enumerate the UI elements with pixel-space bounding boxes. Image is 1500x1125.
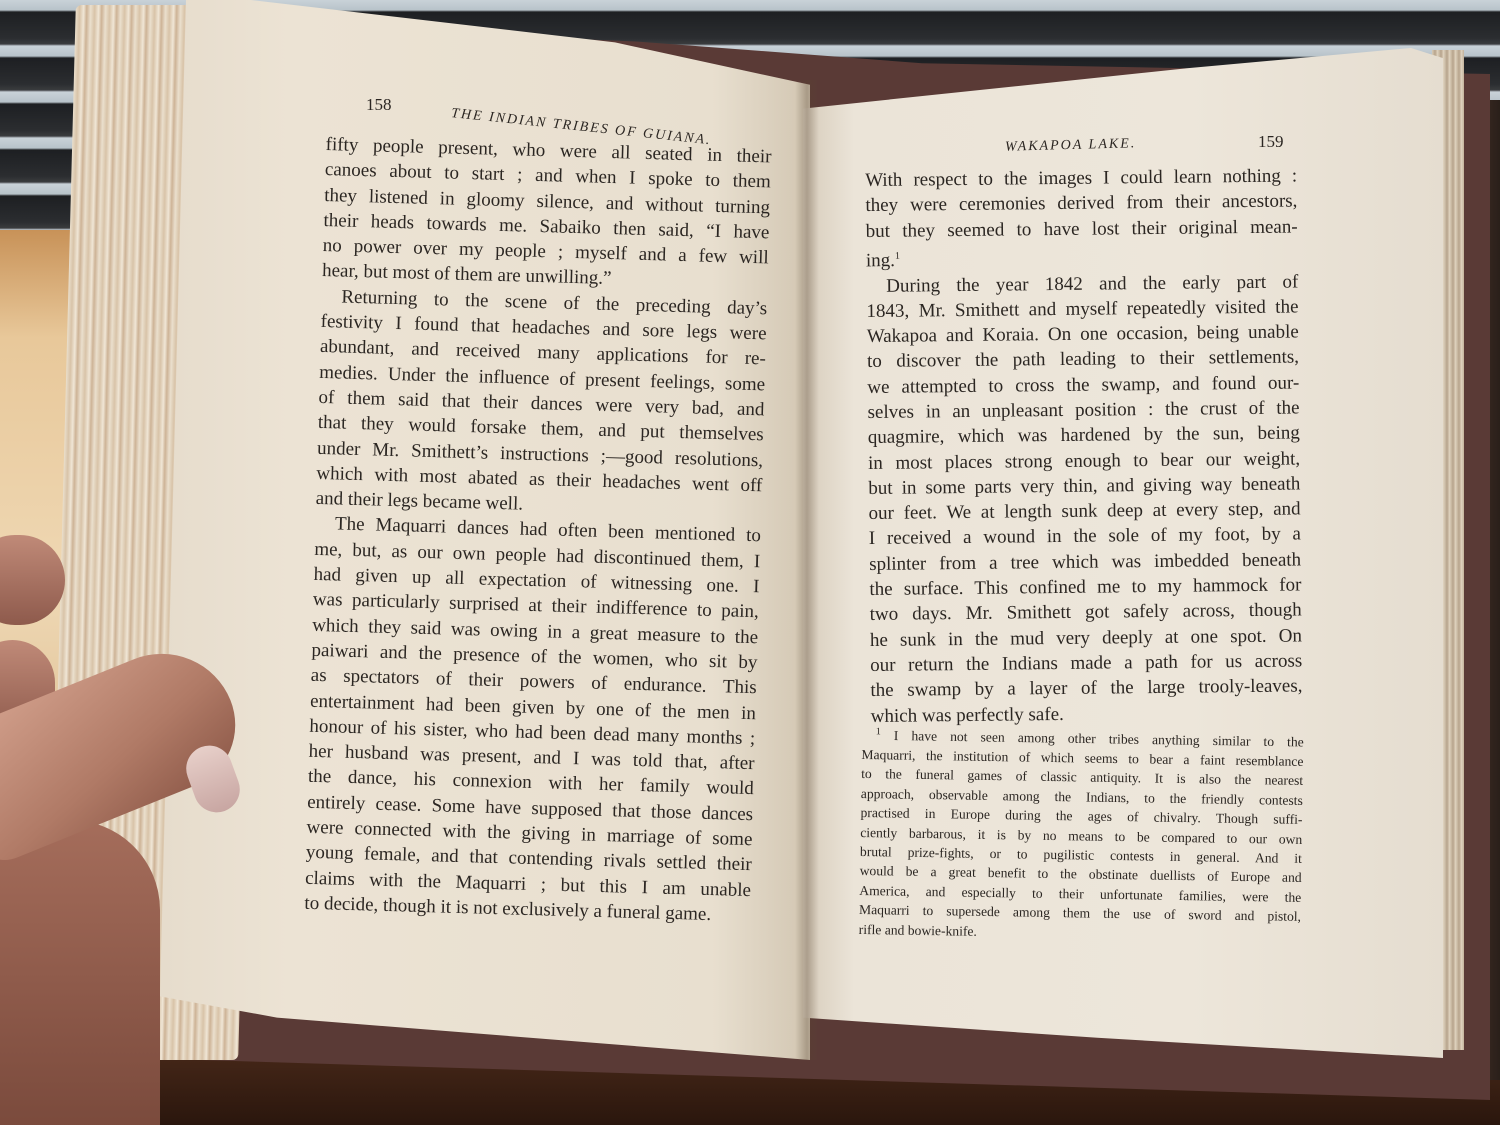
text-line: they were ceremonies derived from their … <box>865 189 1297 219</box>
footnote: 1 I have not seen among other tribes any… <box>859 722 1304 946</box>
right-page-body: With respect to the images I could learn… <box>865 163 1303 728</box>
right-page-number: 159 <box>1258 132 1284 152</box>
text-line: quagmire, which was hardened by the sun,… <box>868 421 1300 451</box>
text-line: but they seemed to have lost their origi… <box>866 214 1298 244</box>
footnote-number: 1 <box>876 726 881 737</box>
palm <box>0 820 160 1125</box>
text-line-fragment: ing. <box>866 250 895 271</box>
text-line: the swamp by a layer of the large trooly… <box>870 674 1302 704</box>
book-gutter <box>795 80 819 1060</box>
text-line: ing.1 <box>866 239 1298 273</box>
footnote-marker: 1 <box>895 251 900 262</box>
left-page-number: 158 <box>366 95 392 115</box>
left-page-body: fifty people present, who were all seate… <box>304 132 772 928</box>
